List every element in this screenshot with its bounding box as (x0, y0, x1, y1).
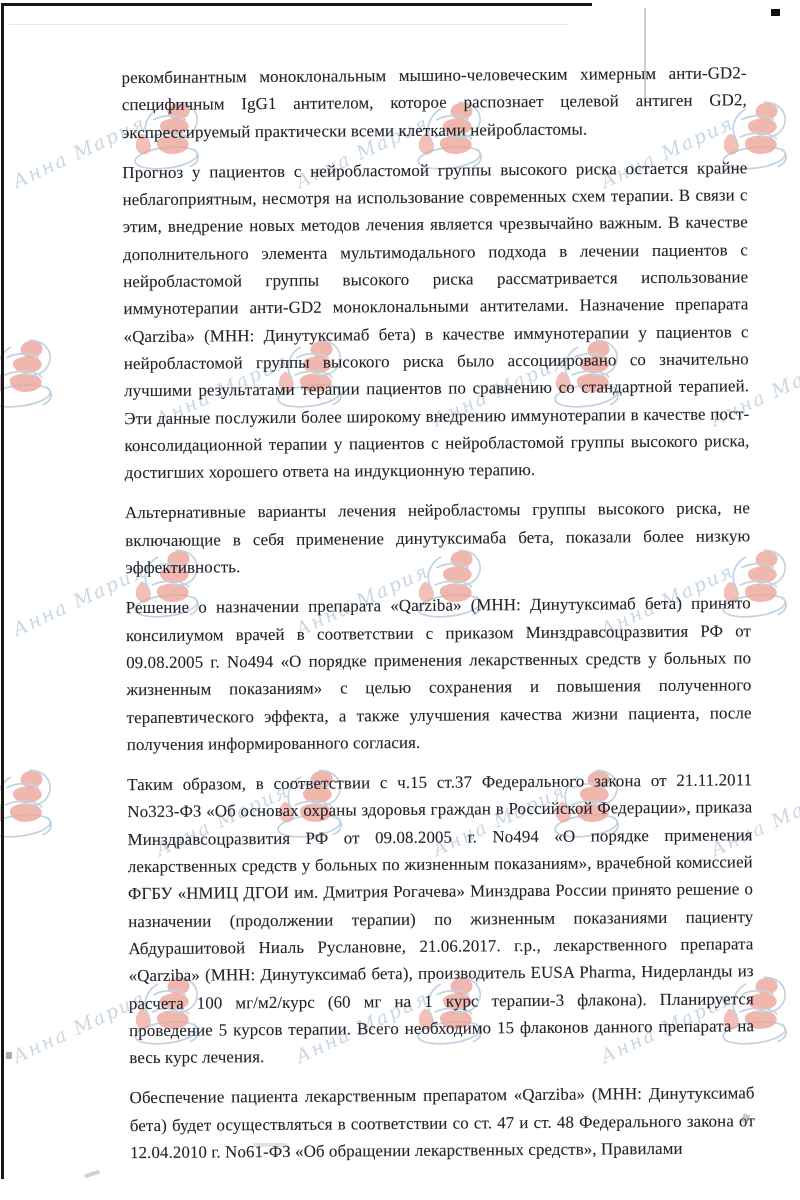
paragraph-2: Прогноз у пациентов с нейробластомой гру… (122, 154, 750, 486)
paragraph-4: Решение о назначении препарата «Qarziba»… (126, 590, 752, 759)
document-page: Анна Мария Анна Мария Анна Мария Анна Ма… (0, 0, 800, 1200)
document-text: рекомбинантным моноклональным мышино-чел… (0, 0, 800, 1180)
paragraph-1: рекомбинантным моноклональным мышино-чел… (121, 59, 747, 146)
paragraph-3: Альтернативные варианты лечения нейробла… (125, 495, 751, 582)
paragraph-5: Таким образом, в соответствии с ч.15 ст.… (127, 766, 754, 1071)
watermark-script-text: Анна Мария (0, 780, 3, 861)
paragraph-6: Обеспечение пациента лекарственным препа… (130, 1080, 756, 1167)
